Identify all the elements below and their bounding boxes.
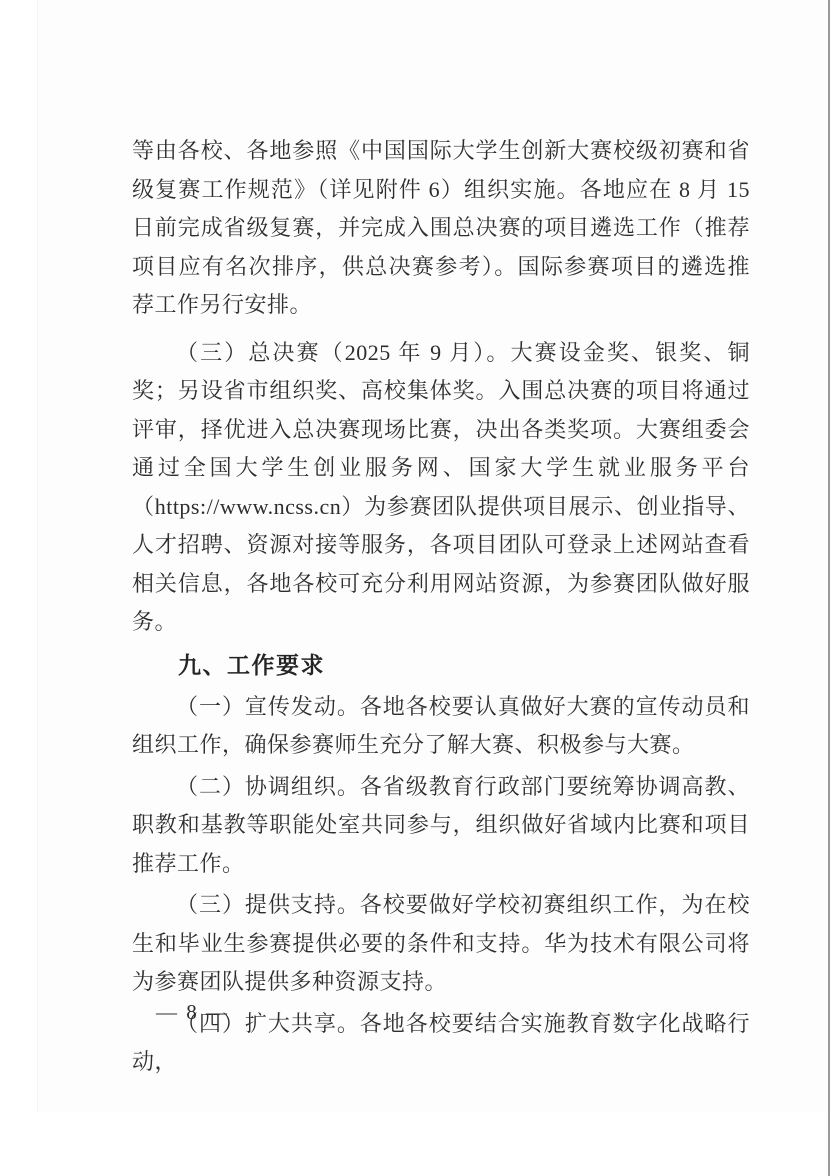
- paragraph: （三）提供支持。各校要做好学校初赛组织工作，为在校生和毕业生参赛提供必要的条件和…: [132, 886, 750, 1002]
- scanned-page-canvas: 等由各校、各地参照《中国国际大学生创新大赛校级初赛和省级复赛工作规范》（详见附件…: [0, 0, 831, 1176]
- paragraph: （一）宣传发动。各地各校要认真做好大赛的宣传动员和组织工作，确保参赛师生充分了解…: [132, 688, 750, 765]
- paragraph: （三）总决赛（2025 年 9 月）。大赛设金奖、银奖、铜奖；另设省市组织奖、高…: [132, 334, 750, 642]
- document-page: 等由各校、各地参照《中国国际大学生创新大赛校级初赛和省级复赛工作规范》（详见附件…: [37, 0, 831, 1112]
- scan-edge-line: [828, 0, 830, 1176]
- section-heading: 九、工作要求: [132, 645, 750, 685]
- page-number: — 8 —: [156, 1000, 229, 1025]
- paragraph: （二）协调组织。各省级教育行政部门要统筹协调高教、职教和基教等职能处室共同参与，…: [132, 768, 750, 884]
- document-text-block: 等由各校、各地参照《中国国际大学生创新大赛校级初赛和省级复赛工作规范》（详见附件…: [132, 132, 750, 1082]
- paragraph: 等由各校、各地参照《中国国际大学生创新大赛校级初赛和省级复赛工作规范》（详见附件…: [132, 132, 750, 325]
